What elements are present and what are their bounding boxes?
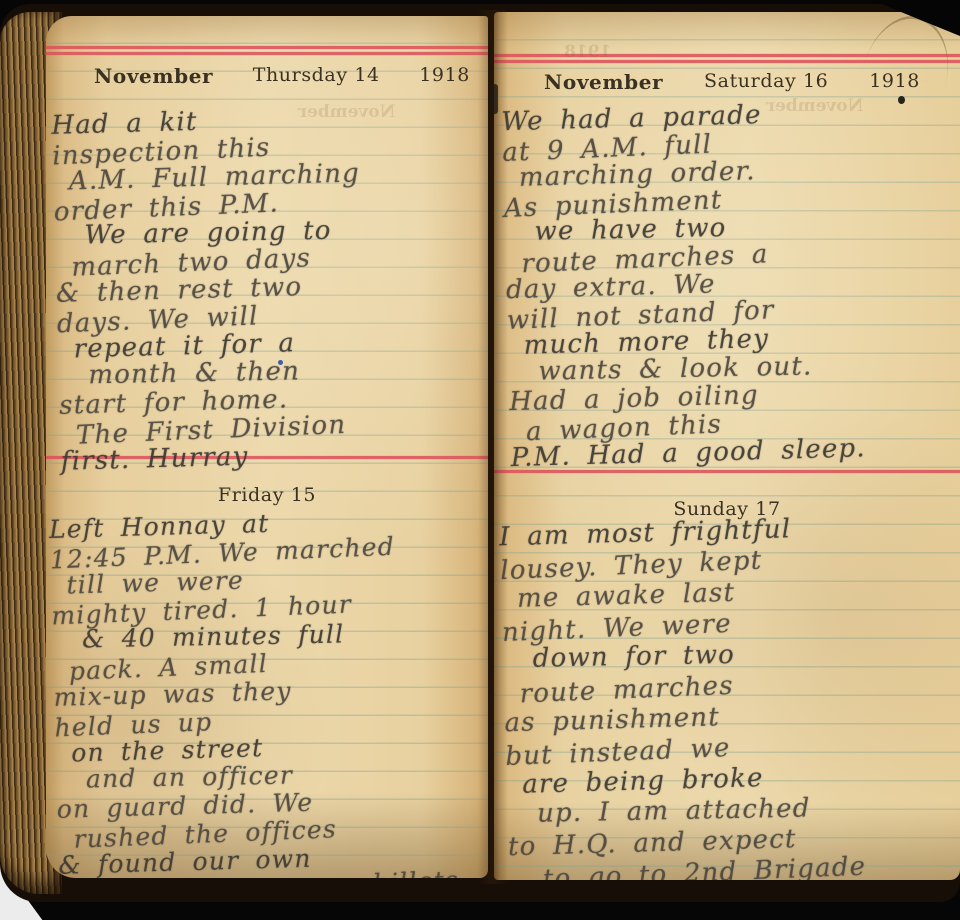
diary-book: November Thursday 14 1918 November Had a… [0,4,960,902]
red-rule [46,52,488,55]
handwritten-entry-friday-15: Left Honnay at12:45 P.M. We marchedtill … [49,504,484,878]
left-page: November Thursday 14 1918 November Had a… [46,16,488,878]
diary-photograph: November Thursday 14 1918 November Had a… [0,0,960,920]
header-month: November [544,70,663,94]
header-day: Thursday 14 [253,64,380,88]
header-year: 1918 [419,64,470,88]
blue-ink-dot [278,360,283,365]
handwritten-entry-thursday-14: Had a kitinspection thisA.M. Full marchi… [51,100,481,476]
ink-dot [898,96,905,104]
bleed-through-text: 1918 [564,42,611,62]
red-rule [46,46,488,49]
handwritten-entry-sunday-17: I am most frightfullousey. They keptme a… [499,510,959,880]
header-day: Saturday 16 [704,70,828,94]
printed-date-header-left: November Thursday 14 1918 [46,64,488,88]
printed-subheader-friday-15: Friday 15 [46,484,488,506]
handwritten-entry-saturday-16: We had a paradeat 9 A.M. fullmarching or… [501,96,957,472]
right-page: November Saturday 16 1918 November 1918 … [494,12,960,880]
header-month: November [94,64,213,88]
gutter-ink-mark [492,84,498,114]
printed-date-header-right: November Saturday 16 1918 [494,70,960,94]
subheader-day: Friday 15 [218,484,316,506]
